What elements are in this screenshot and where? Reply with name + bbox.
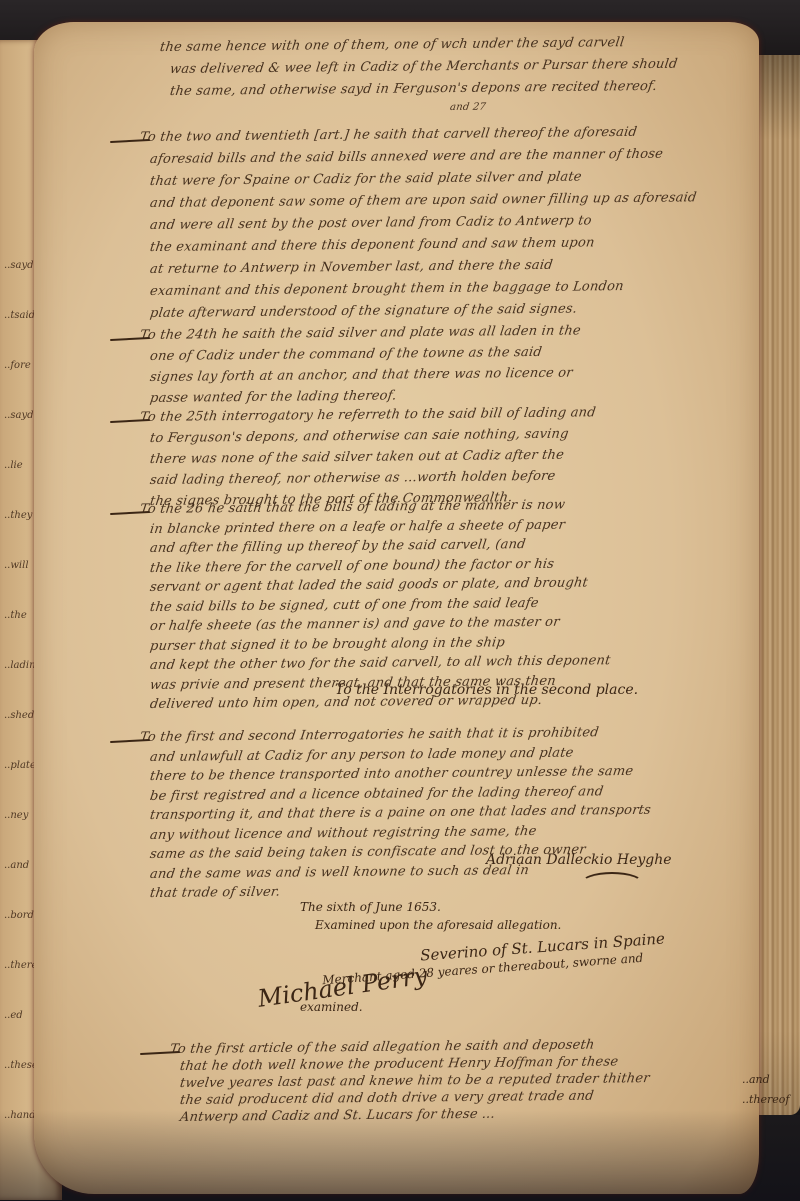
deposition-date: The sixth of June 1653. [300,900,441,914]
left-page-fragment: ..these [4,1060,38,1071]
deposition-examined: Examined upon the aforesaid allegation. [315,918,561,932]
right-margin-note-2: ..thereof [742,1093,789,1106]
manuscript-line: passe wanted for the lading thereof. [149,388,398,406]
left-page-fragment: ..ney [4,810,28,821]
signature-flourish [580,872,644,896]
left-page-fragment: ..plate [4,760,36,771]
left-page-fragment: ..tsaid [4,310,35,321]
left-page-fragment: ..bord [4,910,34,921]
left-page-fragment: ..shed [4,710,34,721]
left-page-fragment: ..will [4,560,29,571]
signature-adriaan: Adriaan Dalleckio Heyghe [486,852,672,868]
deponent-examined: examined. [300,1000,363,1014]
manuscript-line: and 27 [449,102,486,113]
left-page-fragment: ..ladin [4,660,36,671]
left-page-fragment: ..sayd [4,410,34,421]
left-page-fragment: ..they [4,510,32,521]
right-margin-note-1: ..and [742,1073,770,1086]
left-page-fragment: ..fore [4,360,31,371]
left-page-fragment: ..and [4,860,29,871]
left-page-fragment: ..ed [4,1010,23,1021]
left-page-fragment: ..hand [4,1110,36,1121]
section-heading: To the Interrogatories in the second pla… [335,682,638,698]
manuscript-line: purser that signed it to be brought alon… [149,635,506,654]
left-page-fragment: ..sayd [4,260,34,271]
left-page-fragment: ..there [4,960,37,971]
left-page-fragment: ..lie [4,460,23,471]
left-page-fragment: ..the [4,610,27,621]
manuscript-line: that trade of silver. [149,885,281,901]
